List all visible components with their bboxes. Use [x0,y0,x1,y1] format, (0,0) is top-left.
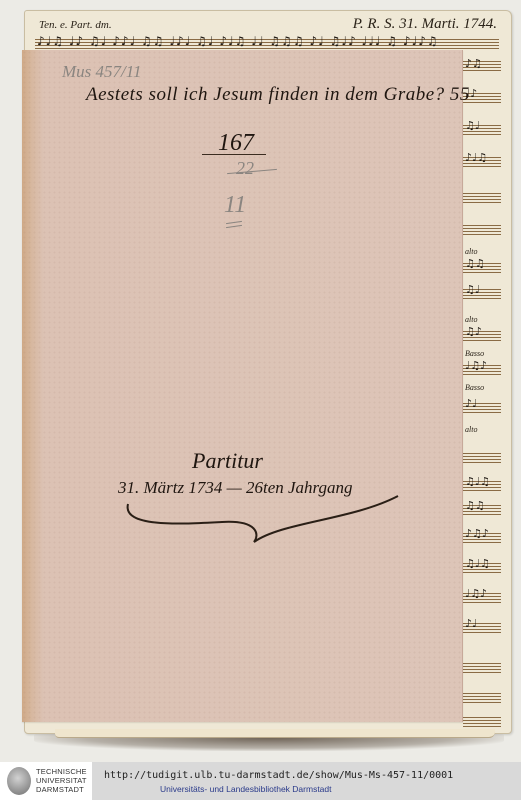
music-notes: ♪♩♫ [465,151,487,164]
visible-music-strip: ♪♫ ♩♪ ♫♩ ♪♩♫ alto ♫♫ ♫♩ alto ♫♪ Basso ♩♫… [461,53,503,733]
music-notes: ♫♩ [465,119,480,132]
library-name: Universitäts- und Landesbibliothek Darms… [160,784,332,794]
viewer-footer: TECHNISCHE UNIVERSITAT DARMSTADT http://… [0,762,521,800]
music-staff [463,663,501,675]
music-notes: ♪♫ [465,57,482,70]
music-notes: ♩♫♪ [465,587,487,600]
number-underline [202,154,266,155]
voice-label: Basso [465,383,484,392]
music-staff [463,193,501,205]
struck-number: 22 [236,158,254,179]
permalink-url[interactable]: http://tudigit.ulb.tu-darmstadt.de/show/… [104,770,453,781]
shelfmark: Mus 457/11 [62,62,142,82]
voice-label: alto [465,315,477,324]
music-notes: ♪♩♫ ♩♪ ♫♩ ♪♪♩ ♫♫ ♩♪♩ ♫♩ ♪♩♫ ♩♩ ♫♫♫ ♪♩ ♫♩… [37,34,499,48]
music-notes: ♫♩♫ [465,475,490,488]
music-notes: ♫♪ [465,325,482,338]
cantata-title: Aestets soll ich Jesum finden in dem Gra… [86,84,470,106]
music-staff [463,225,501,237]
music-notes: ♫♫ [465,257,485,270]
catalog-number: 167 [218,130,254,157]
logo-text: TECHNISCHE UNIVERSITAT DARMSTADT [36,767,87,794]
voice-label: Basso [465,349,484,358]
double-underline [226,221,242,224]
music-notes: ♫♩ [465,283,480,296]
music-staff [463,453,501,465]
sheet-bottom-edge [55,729,495,738]
music-staff [463,717,501,729]
score-label: Partitur [192,448,263,474]
double-underline [226,225,242,228]
music-notes: ♩♫♪ [465,359,487,372]
scan-area: Ten. e. Part. dm. P. R. S. 31. Marti. 17… [0,0,521,762]
sheet-annotation-right: P. R. S. 31. Marti. 1744. [353,16,497,33]
music-notes: ♪♩ [465,617,477,630]
pencil-number: 11 [224,192,246,219]
tu-darmstadt-logo[interactable]: TECHNISCHE UNIVERSITAT DARMSTADT [0,762,92,800]
athena-head-icon [7,767,31,795]
music-notes: ♫♫ [465,499,485,512]
sheet-annotation-left: Ten. e. Part. dm. [39,19,112,31]
music-notes: ♪♫♪ [465,527,489,540]
music-notes: ♪♩ [465,397,477,410]
voice-label: alto [465,247,477,256]
music-notes: ♫♩♫ [465,557,490,570]
voice-label: alto [465,425,477,434]
cover-page: Mus 457/11 Aestets soll ich Jesum finden… [22,50,463,722]
music-staff [463,693,501,705]
ink-flourish [122,490,422,550]
